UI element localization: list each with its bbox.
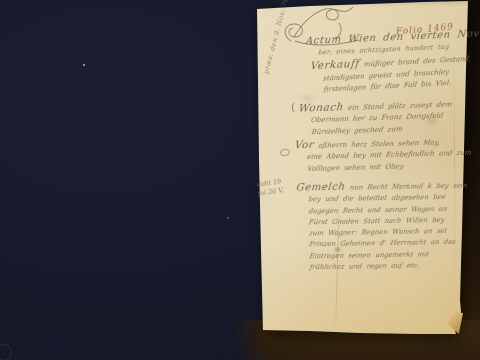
paragraph-lead-word: Wonach — [298, 101, 345, 115]
paragraph-4: Gemelch nun Recht Merkmal k bey sein bey… — [296, 180, 469, 274]
paragraph-lead-word: Vor — [294, 139, 315, 152]
paragraph-3: Vor aßherrn herz Stolen sehen May, eine … — [295, 136, 472, 176]
side-margin-note: vidit 19 fol 26 V. — [256, 177, 285, 198]
paragraph-lead-word: Gemelch — [296, 182, 347, 194]
paragraph-line-text: nun Recht Merkmal k bey sein — [345, 182, 468, 192]
paragraph-lead-word: Verkauff — [310, 58, 360, 73]
paragraph-2: Wonach ein Stand plätz zuseyt dem Oberma… — [298, 98, 452, 139]
